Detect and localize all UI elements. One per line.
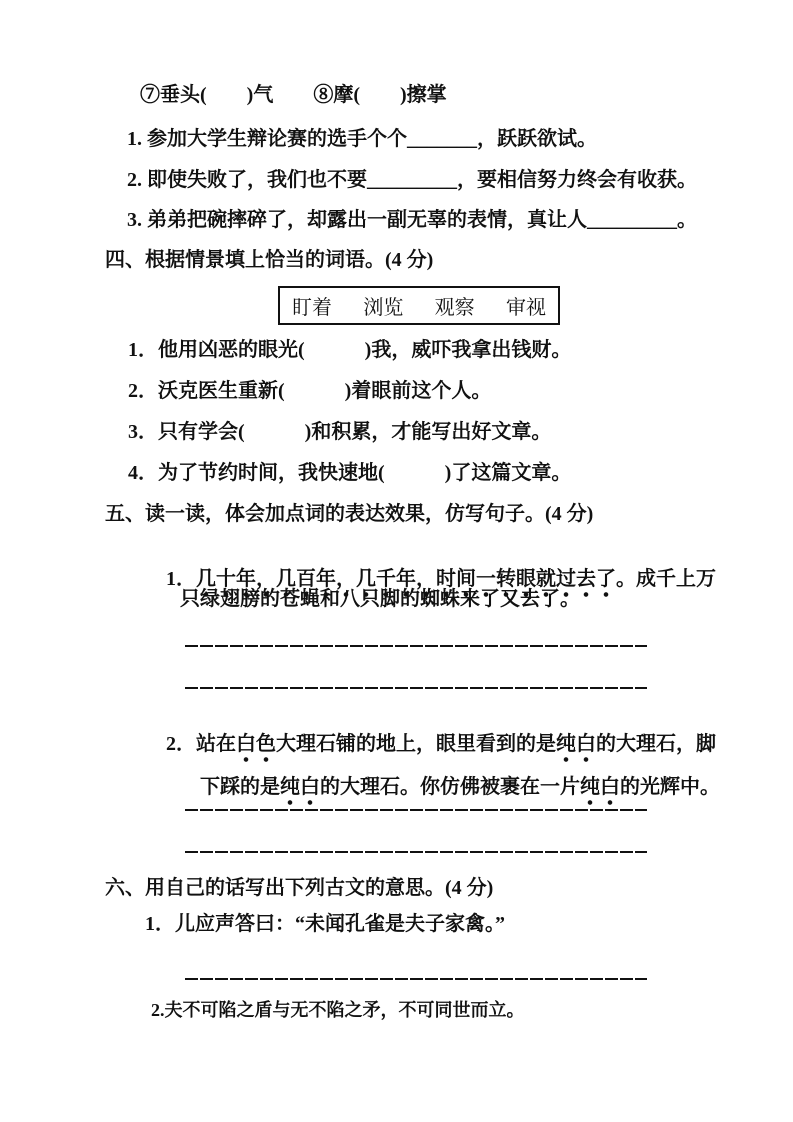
word-bank-word: 浏览 [363,291,403,320]
sentence-fill-item-2: 2. 即使失败了，我们也不要_________，要相信努力终会有收获。 [127,169,697,192]
word-bank-word: 审视 [506,291,546,320]
section-five-item-1-line-2: 只绿翅膀的苍蝇和八只脚的蜘蛛来了又去了。 [180,588,580,611]
item-text: 大理石铺的地上，眼里看到的是 [276,733,556,755]
section-four-heading: 四、根据情景填上恰当的词语。(4 分) [105,249,433,272]
item-text: 。成千上万 [616,568,716,590]
section-four-item-1: 1．他用凶恶的眼光( )我，威吓我拿出钱财。 [128,339,571,362]
item-text: 的大理石，脚 [596,733,716,755]
section-six-heading: 六、用自己的话写出下列古文的意思。(4 分) [105,877,493,900]
item-text: 下踩的是 [200,776,280,798]
sentence-fill-item-1: 1. 参加大学生辩论赛的选手个个_______，跃跃欲试。 [127,128,597,151]
answer-blank-line [185,645,647,647]
item-number: 2． [166,733,196,755]
section-six-item-2: 2.夫不可陷之盾与无不陷之矛，不可同世而立。 [151,1000,525,1021]
answer-blank-line [185,809,647,811]
section-five-item-2-line-2: 下踩的是纯白的大理石。你仿佛被裹在一片纯白的光辉中。 [180,753,720,822]
section-four-item-3: 3．只有学会( )和积累，才能写出好文章。 [128,421,551,444]
word-bank-word: 盯着 [292,291,332,320]
item-text: 的光辉中。 [620,776,720,798]
sentence-fill-item-3: 3. 弟弟把碗摔碎了，却露出一副无辜的表情，真让人_________。 [127,209,697,232]
answer-blank-line [185,978,647,980]
section-four-item-4: 4．为了节约时间，我快速地( )了这篇文章。 [128,462,571,485]
section-four-item-2: 2．沃克医生重新( )着眼前这个人。 [128,380,491,403]
emphasized-word: 纯白 [280,776,320,805]
section-five-heading: 五、读一读，体会加点词的表达效果，仿写句子。(4 分) [105,503,593,526]
worksheet-page: ⑦垂头( )气 ⑧摩( )擦掌 1. 参加大学生辩论赛的选手个个_______，… [0,0,793,1122]
idiom-completion-line: ⑦垂头( )气 ⑧摩( )擦掌 [140,84,447,107]
word-bank-box: 盯着 浏览 观察 审视 [278,286,560,325]
item-number: 1． [166,568,196,590]
emphasized-word: 纯白 [580,776,620,805]
answer-blank-line [185,851,647,853]
section-six-item-1: 1．儿应声答曰：“未闻孔雀是夫子家禽。” [145,913,505,936]
word-bank-word: 观察 [435,291,475,320]
item-text: 站在 [196,733,236,755]
answer-blank-line [185,687,647,689]
item-text: 的大理石。你仿佛被裹在一片 [320,776,580,798]
